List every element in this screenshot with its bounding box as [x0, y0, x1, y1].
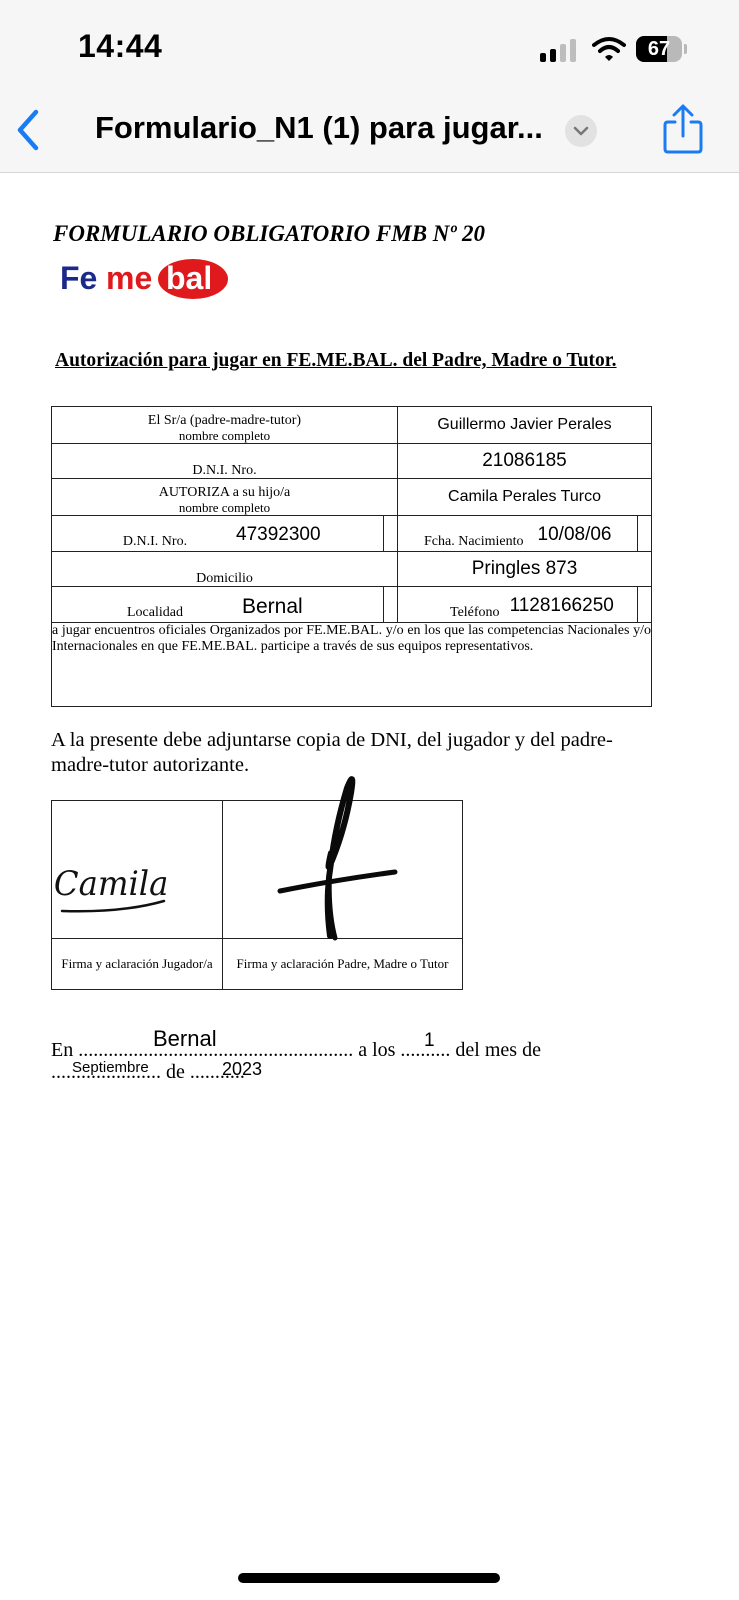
address-value[interactable]: Pringles 873	[398, 552, 652, 587]
day-value[interactable]: 1	[424, 1030, 435, 1052]
chevron-down-icon	[565, 115, 597, 147]
place-value[interactable]: Bernal	[153, 1026, 217, 1052]
battery-icon: 67	[636, 36, 688, 62]
svg-text:Camila: Camila	[54, 863, 169, 903]
document-title[interactable]: Formulario_N1 (1) para jugar...	[95, 110, 543, 146]
child-name-value[interactable]: Camila Perales Turco	[398, 479, 652, 516]
title-menu-button[interactable]	[565, 115, 597, 147]
svg-text:bal: bal	[166, 260, 212, 296]
form-title: FORMULARIO OBLIGATORIO FMB Nº 20	[53, 221, 485, 247]
phone-value[interactable]: 1128166250	[510, 595, 614, 617]
city-value[interactable]: Bernal	[242, 595, 303, 619]
child-dni-value[interactable]: 47392300	[236, 524, 321, 546]
share-icon	[662, 103, 704, 155]
cellular-signal-icon	[540, 38, 578, 62]
player-signature-caption: Firma y aclaración Jugador/a	[52, 939, 223, 990]
child-dni-cell: D.N.I. Nro.47392300	[52, 516, 398, 552]
parent-signature	[275, 768, 405, 948]
status-time: 14:44	[78, 28, 162, 65]
chevron-left-icon	[14, 108, 44, 152]
birth-date-cell: Fcha. Nacimiento10/08/06	[398, 516, 652, 552]
parent-dni-label: D.N.I. Nro.	[52, 444, 398, 479]
form-subtitle: Autorización para jugar en FE.ME.BAL. de…	[55, 350, 617, 372]
authorization-notice: a jugar encuentros oficiales Organizados…	[52, 623, 652, 707]
authorization-table: El Sr/a (padre-madre-tutor)nombre comple…	[51, 406, 652, 707]
home-indicator[interactable]	[238, 1573, 500, 1583]
svg-text:Fe: Fe	[60, 260, 97, 296]
wifi-icon	[592, 36, 626, 62]
share-button[interactable]	[662, 103, 704, 155]
top-navigation-bar: 14:44 67 Formulario_N1 (1) para jugar...	[0, 0, 739, 173]
child-name-label: AUTORIZA a su hijo/anombre completo	[52, 479, 398, 516]
parent-name-value[interactable]: Guillermo Javier Perales	[398, 407, 652, 444]
parent-name-label: El Sr/a (padre-madre-tutor)nombre comple…	[52, 407, 398, 444]
phone-label: Teléfono	[398, 605, 500, 622]
femebal-logo: Fe me bal	[58, 255, 233, 303]
birth-date-value[interactable]: 10/08/06	[538, 524, 612, 546]
birth-date-label: Fcha. Nacimiento	[398, 534, 524, 551]
year-value[interactable]: 2023	[222, 1059, 262, 1080]
address-label: Domicilio	[52, 552, 398, 587]
player-signature: Camila	[52, 853, 172, 923]
back-button[interactable]	[14, 108, 44, 152]
child-dni-label: D.N.I. Nro.	[52, 534, 230, 551]
city-cell: LocalidadBernal	[52, 587, 398, 623]
city-label: Localidad	[52, 605, 230, 622]
svg-text:me: me	[106, 260, 152, 296]
month-value[interactable]: Septiembre	[72, 1059, 149, 1076]
phone-cell: Teléfono1128166250	[398, 587, 652, 623]
parent-dni-value[interactable]: 21086185	[398, 444, 652, 479]
